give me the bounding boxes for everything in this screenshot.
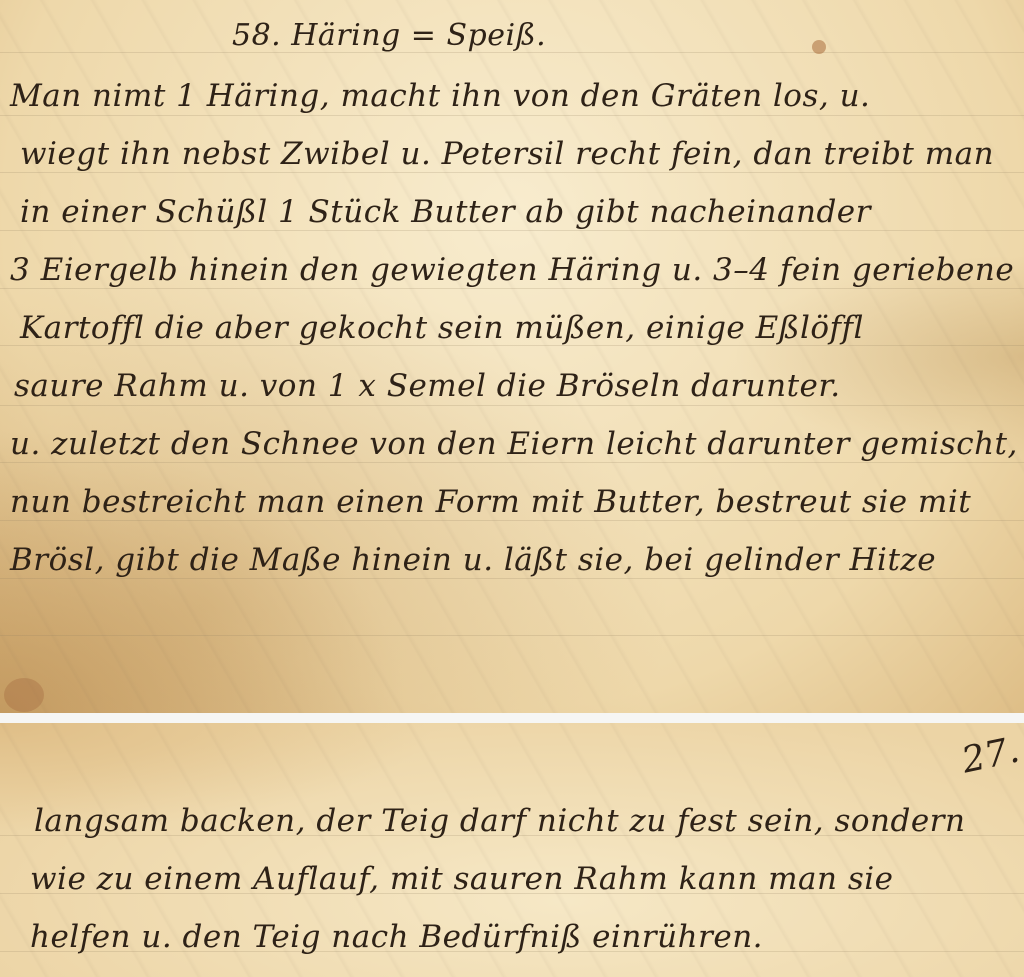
text-line: u. zuletzt den Schnee von den Eiern leic… <box>10 426 1018 462</box>
ruled-line <box>0 288 1024 289</box>
water-stain <box>4 678 44 712</box>
page-number: 27. <box>958 729 1023 781</box>
ruled-line <box>0 115 1024 116</box>
text-line: wie zu einem Auflauf, mit sauren Rahm ka… <box>30 861 894 897</box>
page-separator <box>0 713 1024 723</box>
text-line: saure Rahm u. von 1 x Semel die Bröseln … <box>14 368 841 404</box>
ruled-line <box>0 635 1024 636</box>
text-line: helfen u. den Teig nach Bedürfniß einrüh… <box>30 919 763 955</box>
ruled-line <box>0 462 1024 463</box>
text-line: langsam backen, der Teig darf nicht zu f… <box>34 803 965 839</box>
ruled-line <box>0 405 1024 406</box>
manuscript-page-top: 58. Häring = Speiß. Man nimt 1 Häring, m… <box>0 0 1024 713</box>
ruled-line <box>0 578 1024 579</box>
manuscript-page-bottom: 27. langsam backen, der Teig darf nicht … <box>0 723 1024 977</box>
text-line: 3 Eiergelb hinein den gewiegten Häring u… <box>10 252 1014 288</box>
recipe-title: 58. Häring = Speiß. <box>232 18 546 53</box>
text-line: in einer Schüßl 1 Stück Butter ab gibt n… <box>20 194 871 230</box>
ruled-line <box>0 230 1024 231</box>
text-line: Kartoffl die aber gekocht sein müßen, ei… <box>20 310 864 346</box>
ruled-line <box>0 520 1024 521</box>
ruled-line <box>0 172 1024 173</box>
text-line: Brösl, gibt die Maße hinein u. läßt sie,… <box>10 542 936 578</box>
text-line: wiegt ihn nebst Zwibel u. Petersil recht… <box>20 136 994 172</box>
text-line: Man nimt 1 Häring, macht ihn von den Grä… <box>10 78 870 114</box>
text-line: nun bestreicht man einen Form mit Butter… <box>10 484 971 520</box>
